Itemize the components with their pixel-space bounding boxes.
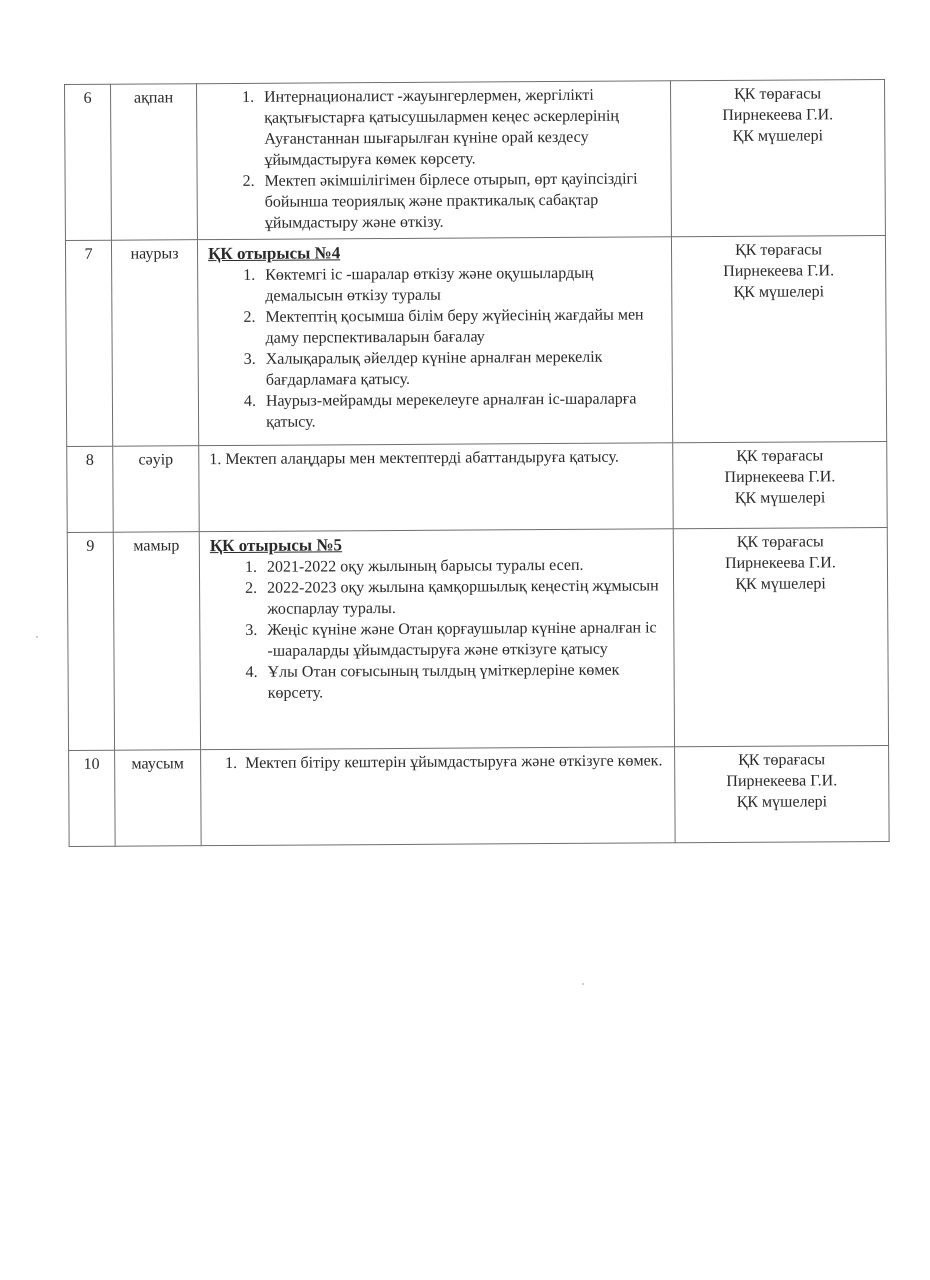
responsible-cell: ҚК төрағасы Пирнекеева Г.И. ҚК мүшелері	[673, 527, 888, 746]
month-cell: ақпан	[111, 84, 198, 241]
table-row: 9 мамыр ҚК отырысы №5 2021-2022 оқу жылы…	[67, 527, 888, 750]
activities-cell: 1. Мектеп алаңдары мен мектептерді абатт…	[199, 443, 674, 532]
activity-item: 2021-2022 оқу жылының барысы туралы есеп…	[261, 554, 667, 577]
table-row: 8 сәуір 1. Мектеп алаңдары мен мектептер…	[67, 441, 888, 532]
responsible-cell: ҚК төрағасы Пирнекеева Г.И. ҚК мүшелері	[671, 235, 886, 442]
row-number: 7	[65, 240, 112, 446]
responsible-name: Пирнекеева Г.И.	[681, 770, 882, 792]
responsible-role: ҚК төрағасы	[681, 749, 882, 771]
responsible-cell: ҚК төрағасы Пирнекеева Г.И. ҚК мүшелері	[675, 745, 890, 842]
row-number: 9	[67, 532, 114, 750]
month-cell: сәуір	[113, 446, 200, 533]
activity-item: Көктемгі іс -шаралар өткізу және оқушыла…	[259, 262, 665, 306]
responsible-name: Пирнекеева Г.И.	[677, 104, 878, 126]
table-row: 7 наурыз ҚК отырысы №4 Көктемгі іс -шара…	[65, 235, 886, 446]
activity-list: 2021-2022 оқу жылының барысы туралы есеп…	[206, 554, 668, 704]
responsible-members: ҚК мүшелері	[679, 487, 880, 509]
responsible-members: ҚК мүшелері	[677, 125, 878, 147]
table-row: 6 ақпан Интернационалист -жауынгерлермен…	[65, 79, 886, 240]
session-title: ҚК отырысы №4	[208, 240, 665, 264]
responsible-role: ҚК төрағасы	[679, 445, 880, 467]
activity-item: Наурыз-мейрамды мерекелеуге арналған іс-…	[260, 388, 666, 432]
month-cell: наурыз	[111, 240, 198, 447]
responsible-role: ҚК төрағасы	[680, 531, 881, 553]
responsible-cell: ҚК төрағасы Пирнекеева Г.И. ҚК мүшелері	[673, 441, 888, 528]
activity-item: Мектеп әкімшілігімен бірлесе отырып, өрт…	[259, 168, 665, 233]
session-title: ҚК отырысы №5	[210, 532, 667, 556]
activity-item: Жеңіс күніне және Отан қорғаушылар күнін…	[261, 617, 667, 661]
responsible-name: Пирнекеева Г.И.	[680, 552, 881, 574]
responsible-role: ҚК төрағасы	[678, 239, 879, 261]
activities-cell: Интернационалист -жауынгерлермен, жергіл…	[197, 81, 672, 240]
work-plan-table: 6 ақпан Интернационалист -жауынгерлермен…	[64, 79, 890, 847]
table-row: 10 маусым 1. Мектеп бітіру кештерін ұйым…	[69, 745, 890, 846]
month-cell: маусым	[115, 750, 202, 847]
responsible-cell: ҚК төрағасы Пирнекеева Г.И. ҚК мүшелері	[670, 79, 885, 236]
month-cell: мамыр	[113, 532, 200, 751]
activity-item: Мектептің қосымша білім беру жүйесінің ж…	[259, 304, 665, 348]
activity-item: Ұлы Отан соғысының тылдың үміткерлеріне …	[262, 659, 668, 703]
row-number: 6	[65, 84, 112, 240]
scan-speck	[582, 983, 584, 985]
activities-cell: ҚК отырысы №4 Көктемгі іс -шаралар өткіз…	[197, 237, 672, 446]
row-number: 8	[67, 446, 114, 532]
activity-item: Интернационалист -жауынгерлермен, жергіл…	[258, 84, 665, 170]
scanned-page: 6 ақпан Интернационалист -жауынгерлермен…	[64, 79, 889, 847]
responsible-members: ҚК мүшелері	[678, 281, 879, 303]
activity-list: Интернационалист -жауынгерлермен, жергіл…	[203, 84, 665, 234]
activity-list: Көктемгі іс -шаралар өткізу және оқушыла…	[204, 262, 666, 433]
activity-text: 1. Мектеп бітіру кештерін ұйымдастыруға …	[221, 750, 668, 774]
activity-text: 1. Мектеп алаңдары мен мектептерді абатт…	[209, 446, 666, 470]
responsible-members: ҚК мүшелері	[680, 573, 881, 595]
responsible-name: Пирнекеева Г.И.	[679, 466, 880, 488]
activities-cell: ҚК отырысы №5 2021-2022 оқу жылының бары…	[199, 529, 674, 750]
responsible-role: ҚК төрағасы	[677, 83, 878, 105]
row-number: 10	[69, 750, 116, 846]
scan-speck	[36, 636, 38, 638]
activity-item: 2022-2023 оқу жылына қамқоршылық кеңесті…	[261, 575, 667, 619]
responsible-members: ҚК мүшелері	[681, 791, 882, 813]
activity-item: Халықаралық әйелдер күніне арналған мере…	[260, 346, 666, 390]
activities-cell: 1. Мектеп бітіру кештерін ұйымдастыруға …	[201, 747, 676, 846]
responsible-name: Пирнекеева Г.И.	[678, 260, 879, 282]
